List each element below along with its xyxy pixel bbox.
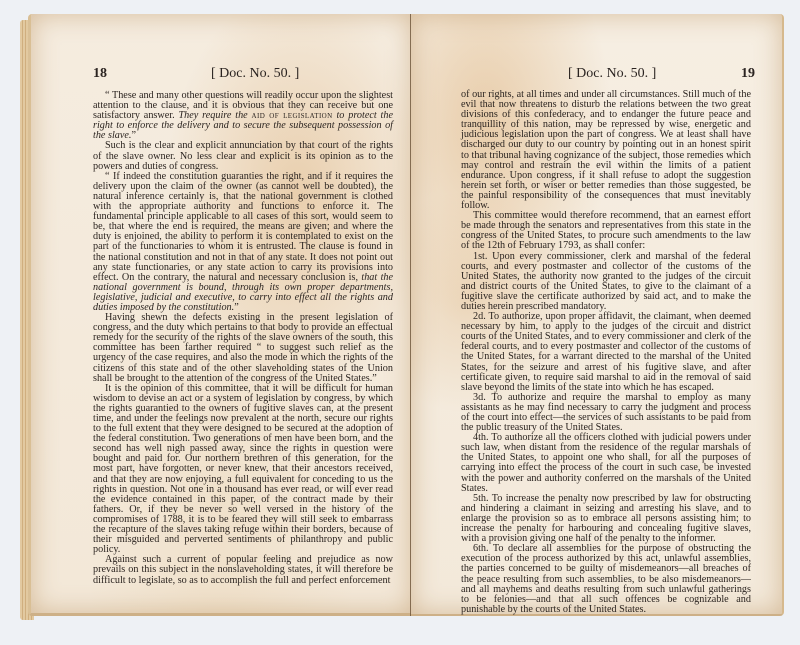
list-item-5th: 5th. To increase the penalty now prescri… [461, 494, 751, 544]
text-span: Against such a current of popular feelin… [93, 554, 393, 585]
list-item-6th: 6th. To declare all assemblies for the p… [461, 544, 751, 615]
page-number: 19 [741, 66, 755, 82]
list-item-3d: 3d. To authorize and require the marshal… [461, 393, 751, 433]
list-item-2d: 2d. To authorize, upon proper affidavit,… [461, 312, 751, 393]
left-page-body: “ These and many other questions will re… [93, 91, 393, 586]
paragraph: “ These and many other questions will re… [93, 91, 393, 141]
running-header: [ Doc. No. 50. ] [568, 66, 656, 82]
paragraph: It is the opinion of this committee, tha… [93, 384, 393, 556]
paragraph: Having shewn the defects existing in the… [93, 313, 393, 384]
open-book: 18 [ Doc. No. 50. ] “ These and many oth… [14, 10, 784, 630]
page-number: 18 [93, 66, 107, 82]
left-page: 18 [ Doc. No. 50. ] “ These and many oth… [28, 14, 412, 616]
text-span: “ If indeed the constitution guaranties … [93, 171, 393, 283]
paragraph: Such is the clear and explicit annunciat… [93, 141, 393, 171]
paragraph: “ If indeed the constitution guaranties … [93, 172, 393, 313]
scanned-book-spread: 18 [ Doc. No. 50. ] “ These and many oth… [0, 0, 800, 645]
text-span: It is the opinion of this committee, tha… [93, 383, 393, 556]
text-span: Such is the clear and explicit annunciat… [93, 140, 393, 171]
list-item-4th: 4th. To authorize all the officers cloth… [461, 433, 751, 494]
paragraph: of our rights, at all times and under al… [461, 90, 751, 211]
paragraph: Against such a current of popular feelin… [93, 555, 393, 585]
running-header: [ Doc. No. 50. ] [211, 66, 299, 82]
paragraph: This committee would therefore recommend… [461, 211, 751, 251]
text-span: Having shewn the defects existing in the… [93, 312, 393, 384]
list-item-1st: 1st. Upon every commissioner, clerk and … [461, 252, 751, 313]
right-page-body: of our rights, at all times and under al… [461, 90, 751, 615]
right-page: [ Doc. No. 50. ] 19 of our rights, at al… [411, 14, 784, 616]
